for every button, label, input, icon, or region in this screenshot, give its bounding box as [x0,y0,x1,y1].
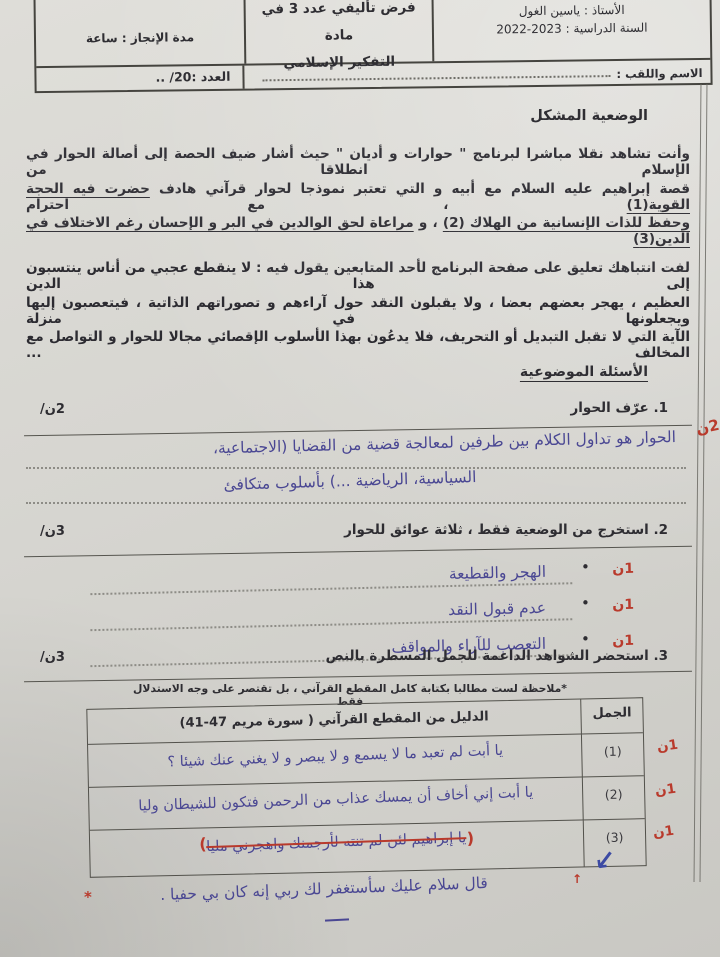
question2-label: 2. استخرج من الوضعية فقط ، ثلاثة عوائق ل… [344,522,668,538]
school-year: السنة الدراسية : 2023-2022 [434,20,710,37]
teacher-name: الأستاذ : ياسين الغول [434,2,710,19]
situation-paragraph2-line1: لفت انتباهك تعليق على صفحة البرنامج لأحد… [26,260,690,292]
row1-grade-mark: 1ن [656,737,679,756]
exam-paper-page: معهد منارات الأستاذ : ياسين الغول السنة … [0,0,720,957]
correction-asterisk: * [84,888,92,906]
situation-paragraph1-line3: وحفظ للذات الإنسانية من الهلاك (2) ، و م… [26,215,690,247]
question3-label: 3. استحضر الشواهد الداعمة للجمل المسطرة … [326,648,668,664]
row1-answer: يا أبت لم تعبد ما لا يسمع و لا يبصر و لا… [167,743,503,771]
row3-grade-mark: 1ن [652,823,675,842]
ink-dash [325,918,349,921]
situation-paragraph2-line3: الآية التي لا تقبل التبديل أو التحريف، ف… [26,329,690,361]
situation-paragraph2-line2: العظيم ، يهجر بعضهم بعضا ، ولا يقبلون ال… [26,295,690,327]
situation-paragraph1-line1: وأنت تشاهد نقلا مباشرا لبرنامج " حوارات … [26,146,690,178]
score-cell: العدد :20/ .. [36,66,244,92]
question1-points: 2ن/ [40,402,65,417]
exam-title-line1: فرض تأليفي عدد 3 في مادة [246,0,433,51]
situation-title: الوضعية المشكل [530,108,648,124]
row2-answer: يا أبت إني أخاف أن يمسك عذاب من الرحمن ف… [138,785,533,815]
p2-line1-text: لفت انتباهك تعليق على صفحة البرنامج لأحد… [251,260,690,276]
p1-line2-tail: ، مع احترام [26,197,627,213]
evidence-table: الجمل الدليل من المقطع القرآني ( سورة مر… [86,697,646,878]
header-table: معهد منارات الأستاذ : ياسين الغول السنة … [33,0,712,93]
duration-cell: مدة الإنجاز : ساعة [35,0,246,66]
name-dotted-fill [263,75,611,81]
situation-paragraph1-line2: قصة إبراهيم عليه السلام مع أبيه و التي ت… [26,181,690,213]
question1-grade-mark: 2ن [694,416,720,438]
duration-label: مدة الإنجاز : ساعة [36,30,244,47]
question3-points: 3ن/ [40,650,65,665]
column-sentences-header: الجمل [580,698,643,733]
student-name-cell: الاسم واللقب : [244,60,710,89]
page-margin-line [694,84,708,882]
row3-answer-crossed-out: يا إبراهيم لئن لم تنته لأرجمنك واهجرني م… [206,830,467,855]
exam-title-cell: فرض تأليفي عدد 3 في مادة التفكير الإسلام… [245,0,434,64]
institute-name: معهد منارات [433,0,709,1]
row3-answer-cell: (يا إبراهيم لئن لم تنته لأرجمنك واهجرني … [90,820,584,876]
p1-line3-underlined1: وحفظ للذات الإنسانية من الهلاك (2) [443,215,690,231]
institute-cell: معهد منارات الأستاذ : ياسين الغول السنة … [433,0,710,61]
question1-label: 1. عرّف الحوار [570,400,668,416]
item2-grade-mark: 1ن [590,597,634,620]
red-paren-open: ( [467,829,475,848]
row2-number: (2) [582,776,645,819]
p1-line1-text: وأنت تشاهد نقلا مباشرا لبرنامج " حوارات … [26,146,690,178]
row2-grade-mark: 1ن [654,781,677,800]
objective-questions-heading: الأسئلة الموضوعية [520,364,648,380]
question3-rule [24,671,692,682]
bullet-icon: • [572,594,591,620]
p1-line2-text: قصة إبراهيم عليه السلام مع أبيه و التي ت… [150,181,690,197]
score-label: العدد :20/ .. [156,69,231,85]
p1-line3-mid: ، و [414,215,443,231]
teacher-correction-text: قال سلام عليك سأستغفر لك ربي إنه كان بي … [98,872,550,907]
answer-dotted-line-1 [26,467,686,469]
red-up-arrow-icon: ↑ [572,872,582,886]
answer-dotted-line-2 [26,502,686,504]
correction-arrow-icon: ↙ [592,845,618,878]
question1-answer-line2: السياسية، الرياضية ...) بأسلوب متكافئ [150,466,550,497]
item1-grade-mark: 1ن [590,561,634,584]
student-name-label: الاسم واللقب : [616,66,702,81]
header-row-top: معهد منارات الأستاذ : ياسين الغول السنة … [35,0,710,66]
row1-number: (1) [581,733,644,776]
bullet-icon: • [572,558,591,584]
question2-points: 3ن/ [40,524,65,539]
